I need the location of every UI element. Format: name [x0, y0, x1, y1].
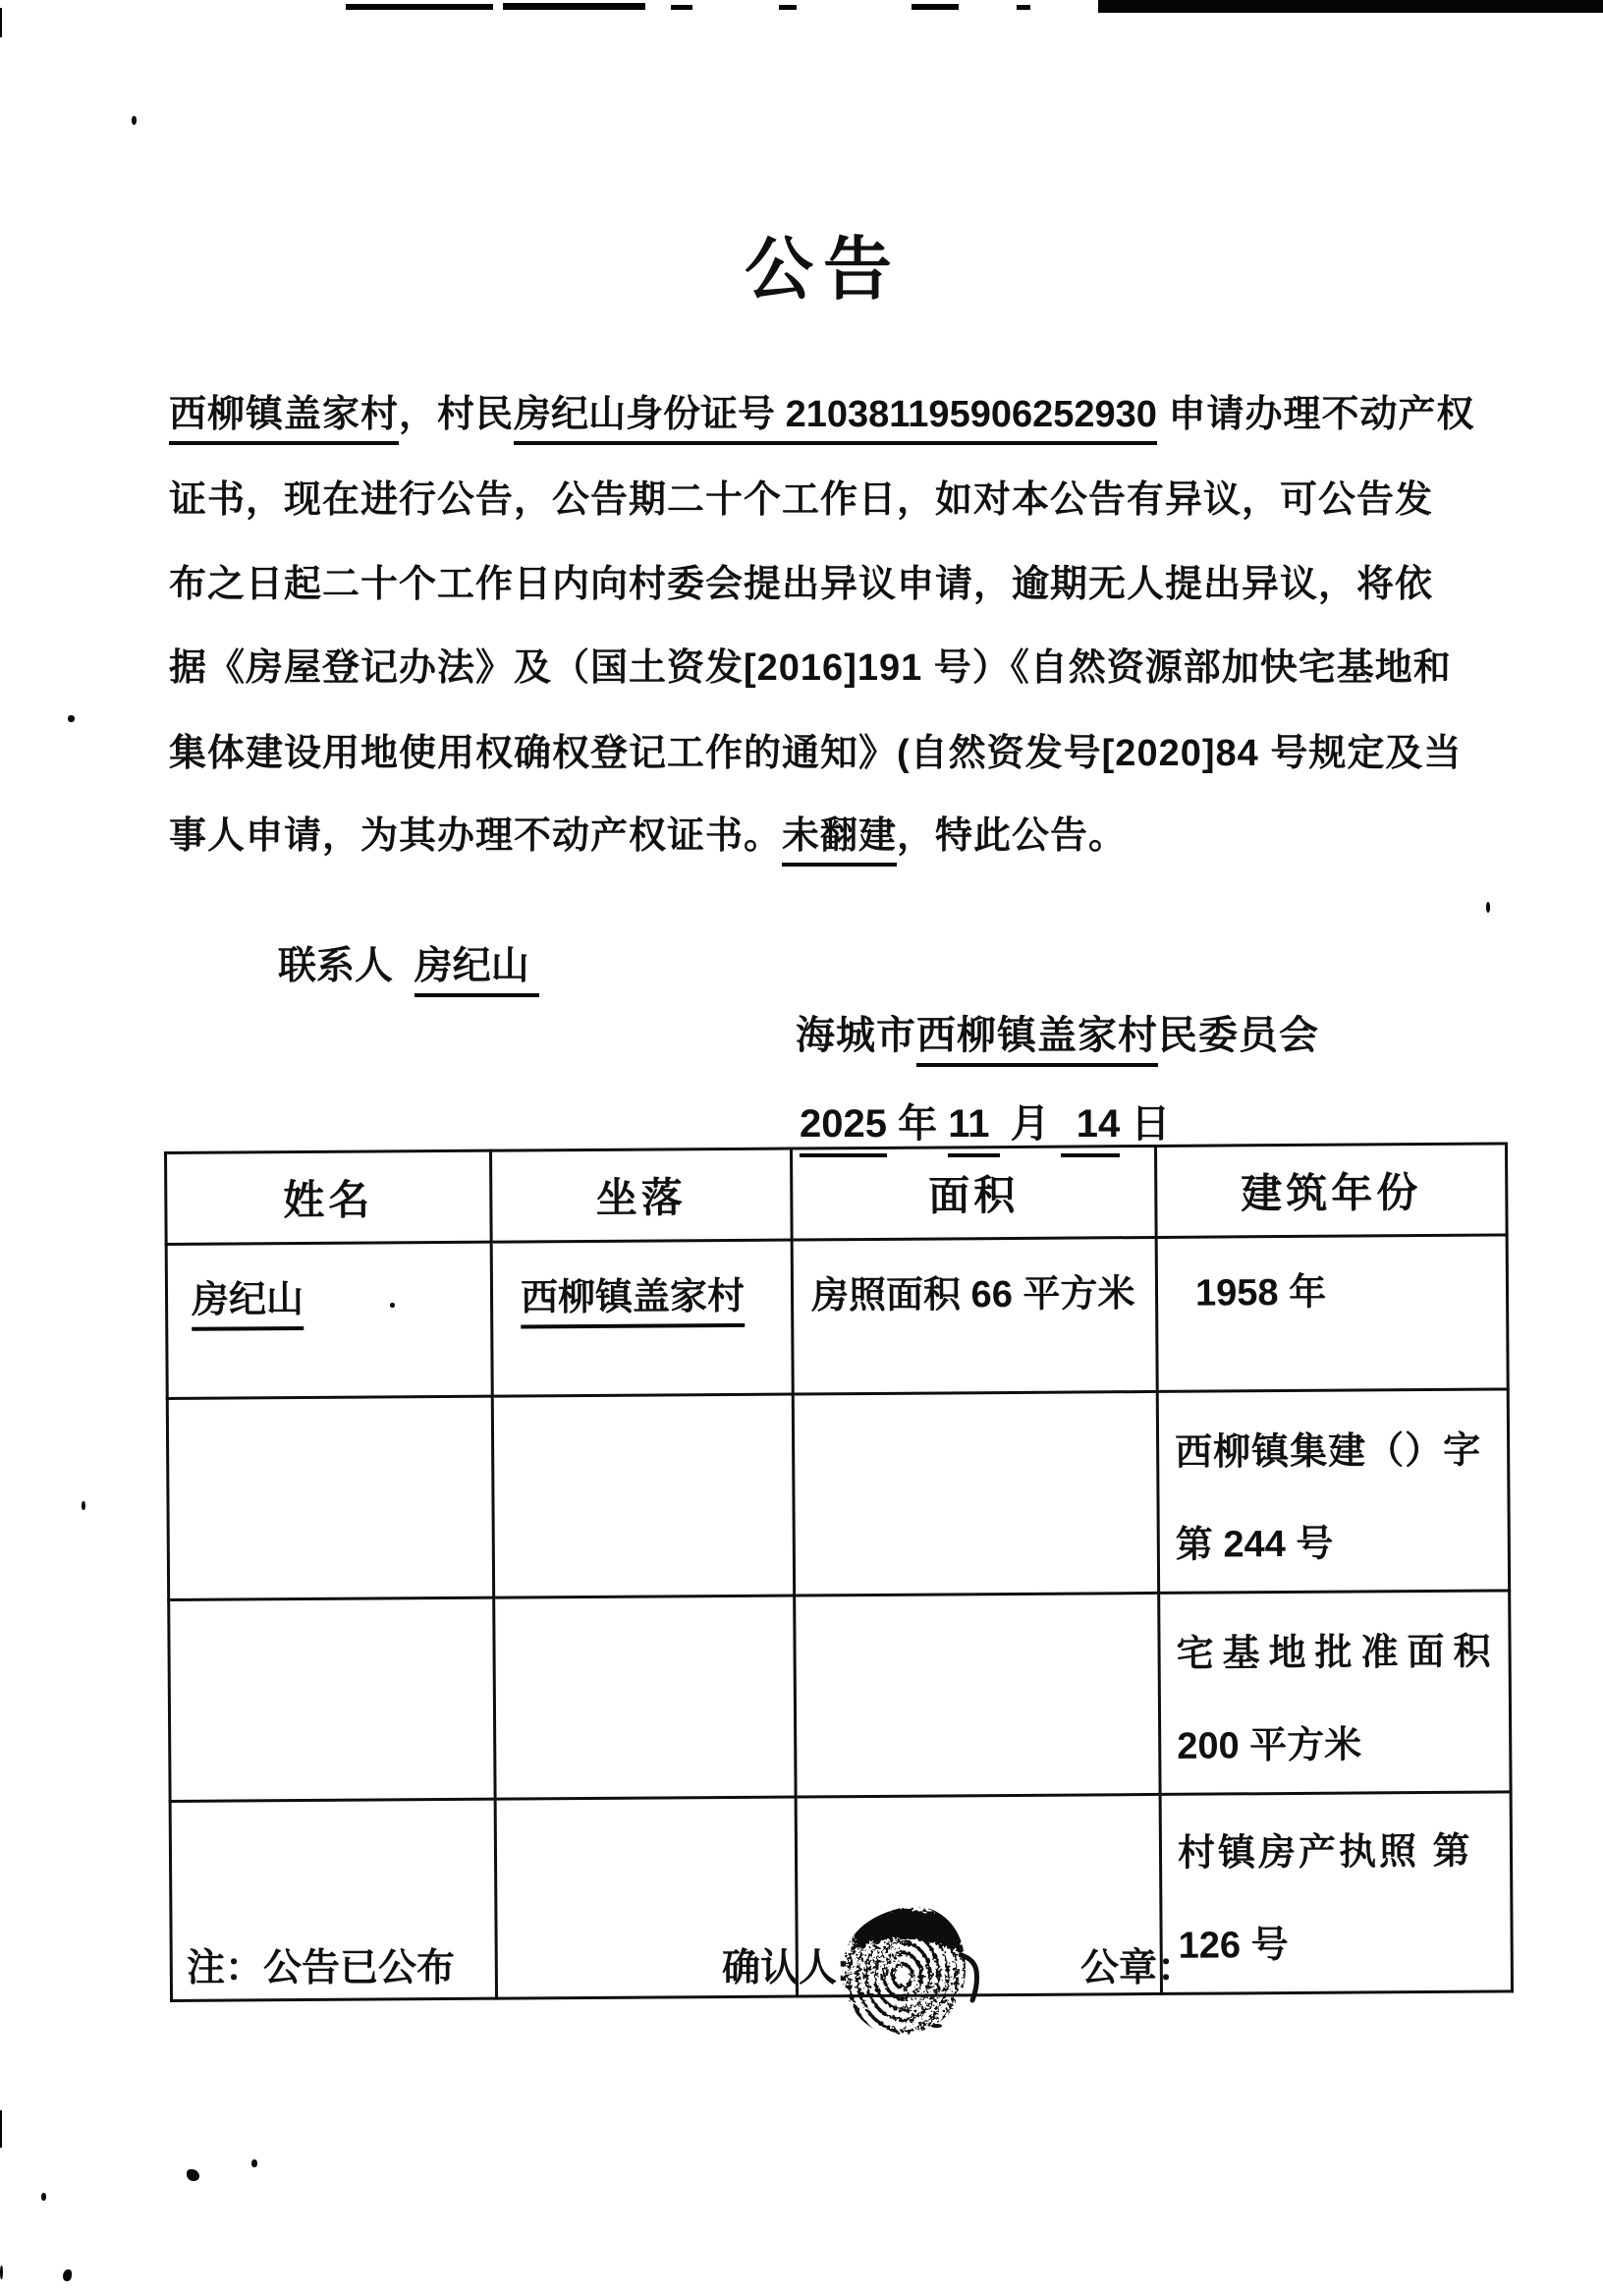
date-day-unit: 日 — [1131, 1102, 1170, 1146]
cell-area: 房照面积 66 平方米 — [792, 1237, 1157, 1394]
footer-note: 注：公告已公布 — [187, 1937, 455, 1992]
body-line-6: 事人申请，为其办理不动产权证书。未翻建，特此公告。 — [169, 805, 1127, 859]
scan-artifact-edge — [0, 8, 2, 37]
cell-cert-jiji: 西柳镇集建（）字 第 244 号 — [1157, 1389, 1509, 1593]
scan-artifact-line — [346, 4, 493, 10]
scan-speck — [63, 2269, 72, 2281]
scan-artifact-line — [671, 5, 692, 10]
scan-artifact-line — [503, 3, 645, 10]
table-header-row: 姓名 坐落 面积 建筑年份 — [166, 1144, 1508, 1245]
issue-date: 2025 年 11 月 14 日 — [800, 1092, 1170, 1148]
date-year-unit: 年 — [898, 1102, 937, 1146]
scan-artifact-line — [779, 5, 797, 10]
header-cell-name: 姓名 — [166, 1150, 492, 1244]
scan-speck — [0, 2266, 3, 2279]
pen-stroke — [955, 1951, 988, 2004]
confirm-label: 确认人: — [722, 1937, 850, 1992]
cell-house-license: 村镇房产执照 第 126 号 — [1160, 1792, 1512, 1993]
not-rebuilt-underlined: 未翻建 — [782, 815, 897, 867]
cell-homestead-area: 宅基地批准面积 200 平方米 — [1159, 1591, 1511, 1794]
contact-name-underlined: 房纪山 — [415, 945, 539, 997]
table-row: 宅基地批准面积 200 平方米 — [169, 1591, 1511, 1802]
location-underlined: 西柳镇盖家村 — [521, 1276, 745, 1329]
scanned-notice-page: 公告 西柳镇盖家村，村民房纪山身份证号 210381195906252930 申… — [0, 0, 1603, 2296]
contact-line: 联系人 房纪山 — [278, 935, 539, 990]
cert-line: 第 244 号 — [1159, 1496, 1508, 1591]
cert-line: 宅基地批准面积 — [1160, 1605, 1509, 1700]
applicant-name-underlined: 房纪山 — [192, 1279, 304, 1331]
cell-empty — [167, 1396, 493, 1599]
cell-year: 1958 年 — [1156, 1235, 1508, 1391]
table-row: 西柳镇集建（）字 第 244 号 — [167, 1389, 1509, 1600]
scan-speck — [68, 715, 75, 722]
scan-speck — [187, 2169, 199, 2181]
cert-line: 126 号 — [1162, 1897, 1511, 1991]
cell-name: 房纪山 — [166, 1242, 492, 1398]
date-month-unit: 月 — [1011, 1102, 1050, 1146]
scan-speck — [41, 2193, 46, 2201]
scan-speck — [82, 1501, 85, 1510]
cell-location: 西柳镇盖家村 — [491, 1240, 793, 1396]
cell-empty — [494, 1596, 796, 1799]
issuer-city: 海城市 — [796, 1014, 916, 1057]
resident-id-underlined: 房纪山身份证号 210381195906252930 — [514, 394, 1157, 445]
cell-empty — [795, 1593, 1160, 1797]
body-line-3: 布之日起二十个工作日内向村委会提出异议申请，逾期无人提出异议，将依 — [169, 553, 1433, 607]
contact-label: 联系人 — [278, 945, 393, 987]
records-table: 姓名 坐落 面积 建筑年份 房纪山 西柳镇盖家村 房照面积 66 平方米 195… — [164, 1142, 1514, 2002]
scan-artifact-line — [912, 4, 959, 10]
cert-line: 村镇房产执照 第 — [1162, 1805, 1511, 1899]
body-text: 申请办理不动产权 — [1157, 394, 1475, 435]
cell-empty — [169, 1597, 495, 1801]
scan-artifact-line — [1017, 5, 1030, 10]
village-name-underlined: 西柳镇盖家村 — [169, 394, 399, 445]
seal-label: 公章： — [1080, 1937, 1195, 1992]
table-row: 房纪山 西柳镇盖家村 房照面积 66 平方米 1958 年 — [166, 1235, 1508, 1399]
issuer-village-underlined: 西柳镇盖家村 — [916, 1014, 1158, 1067]
scan-artifact-top-bar — [1098, 0, 1603, 13]
body-line-4: 据《房屋登记办法》及（国土资发[2016]191 号）《自然资源部加快宅基地和 — [169, 637, 1452, 691]
body-text: 事人申请，为其办理不动产权证书。 — [169, 815, 782, 857]
cert-line: 200 平方米 — [1161, 1698, 1510, 1792]
body-line-2: 证书，现在进行公告，公告期二十个工作日，如对本公告有异议，可公告发 — [169, 469, 1433, 523]
cell-empty — [492, 1394, 794, 1597]
body-text: ，特此公告。 — [897, 815, 1127, 857]
scan-artifact-edge — [0, 2110, 2, 2148]
body-line-1: 西柳镇盖家村，村民房纪山身份证号 210381195906252930 申请办理… — [169, 383, 1474, 437]
body-text: ，村民 — [399, 394, 514, 435]
header-cell-location: 坐落 — [491, 1148, 793, 1242]
scan-speck — [132, 116, 137, 125]
scan-speck — [251, 2159, 257, 2167]
issuer-line: 海城市西柳镇盖家村民委员会 — [796, 1004, 1319, 1060]
cell-empty — [793, 1391, 1158, 1596]
cert-line: 西柳镇集建（）字 — [1159, 1404, 1508, 1498]
scan-speck — [1486, 902, 1490, 913]
body-line-5: 集体建设用地使用权确权登记工作的通知》(自然资发号[2020]84 号规定及当 — [169, 722, 1462, 776]
page-title: 公告 — [745, 214, 902, 313]
header-cell-area: 面积 — [791, 1146, 1156, 1240]
issuer-suffix: 民委员会 — [1158, 1014, 1319, 1057]
header-cell-year: 建筑年份 — [1155, 1144, 1507, 1237]
